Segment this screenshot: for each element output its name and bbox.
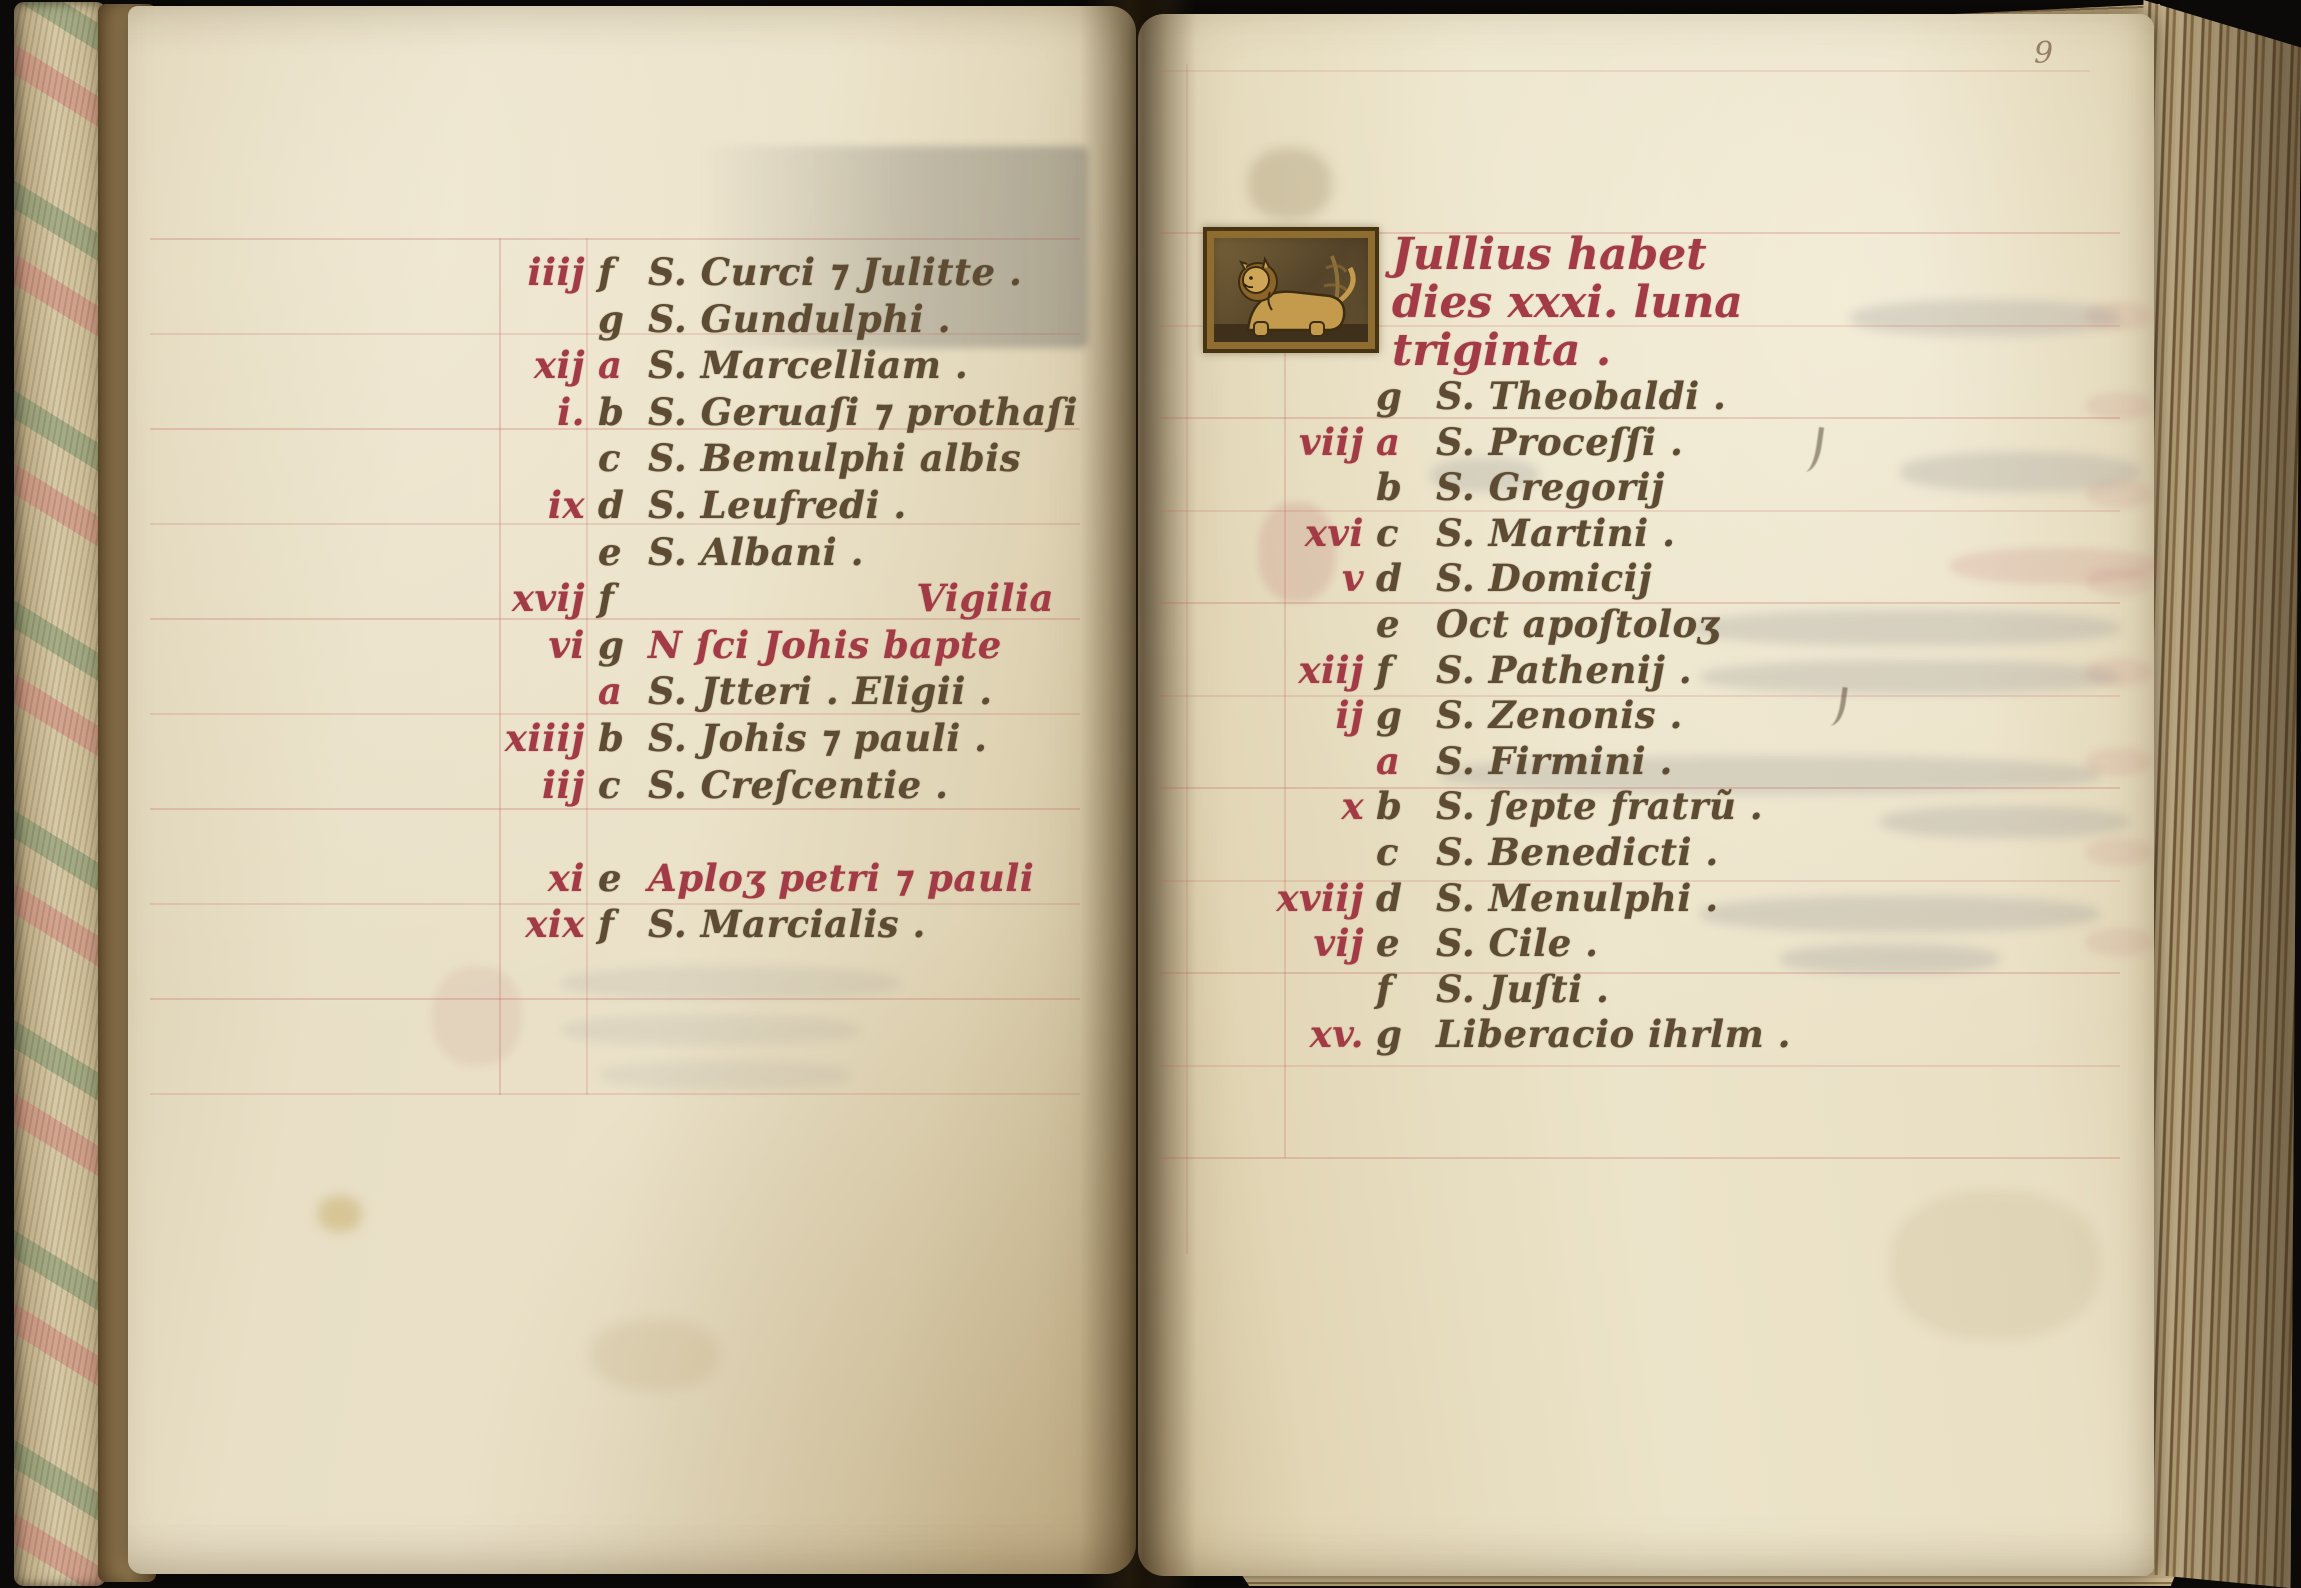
calendar-row: gS. Theobaldi . (1150, 374, 1930, 422)
calendar-row: xv.gLiberacio ihrlm . (1150, 1012, 1930, 1060)
golden-number: i. (420, 390, 585, 434)
golden-number: viij (1150, 420, 1364, 464)
golden-number: xij (420, 343, 585, 387)
golden-number: xvi (1150, 511, 1364, 555)
calendar-row: vijeS. Cile . (1150, 921, 1930, 969)
dominical-letter: e (1376, 602, 1432, 646)
feast-name: S. Menulphi . (1436, 876, 1719, 920)
feast-name: S. Theobaldi . (1436, 374, 1726, 418)
golden-number: xv. (1150, 1012, 1364, 1056)
feast-name: S. Gregorij (1436, 465, 1665, 509)
dominical-letter: a (1376, 739, 1432, 783)
dominical-letter: f (1376, 967, 1432, 1011)
calendar-row: gS. Gundulphi . (420, 297, 1080, 345)
feast-name: S. Albani . (648, 530, 864, 574)
feast-name: S. Marcialis . (648, 902, 926, 946)
golden-number: iij (420, 763, 585, 807)
calendar-row: xieAploʒ petri ⁊ pauli (420, 856, 1080, 904)
golden-number: v (1150, 556, 1364, 600)
calendar-row: vdS. Domicij (1150, 556, 1930, 604)
feast-name: S. Gundulphi . (648, 297, 951, 341)
calendar-row: xijaS. Marcelliam . (420, 343, 1080, 391)
dominical-letter: f (598, 576, 658, 620)
feast-name: S. Marcelliam . (648, 343, 968, 387)
leo-miniature (1203, 227, 1379, 353)
dominical-letter: d (1376, 876, 1432, 920)
dominical-letter: b (1376, 784, 1432, 828)
feast-name: S. Geruaſi ⁊ prothaſi (648, 390, 1078, 434)
dominical-letter: b (1376, 465, 1432, 509)
feast-name: S. ſepte fratrũ . (1436, 784, 1763, 828)
golden-number: xvij (420, 576, 585, 620)
dominical-letter: a (1376, 420, 1432, 464)
month-header-line: Jullius habet (1392, 232, 1707, 278)
calendar-row: eS. Albani . (420, 530, 1080, 578)
golden-number: vi (420, 623, 585, 667)
golden-number: xi (420, 856, 585, 900)
dominical-letter: g (1376, 374, 1432, 418)
feast-name: S. Martini . (1436, 511, 1675, 555)
calendar-row: xiiijbS. Johis ⁊ pauli . (420, 716, 1080, 764)
lion-icon (1214, 238, 1368, 342)
feast-name: S. Bemulphi albis (648, 436, 1021, 480)
calendar-row: aS. Jtteri . Eligii . (420, 669, 1080, 717)
feast-name: S. Pathenij . (1436, 648, 1692, 692)
calendar-row: xbS. ſepte fratrũ . (1150, 784, 1930, 832)
golden-number: iiij (420, 250, 585, 294)
dominical-letter: c (1376, 830, 1432, 874)
dominical-letter: c (1376, 511, 1432, 555)
calendar-row: cS. Bemulphi albis (420, 436, 1080, 484)
ruling-line (150, 238, 1080, 240)
calendar-row: vigN ſci Johis bapte (420, 623, 1080, 671)
calendar-row: i.bS. Geruaſi ⁊ prothaſi (420, 390, 1080, 438)
feast-name: S. Benedicti . (1436, 830, 1719, 874)
ruling-line (1160, 1157, 2120, 1159)
dominical-letter: e (1376, 921, 1432, 965)
feast-name: S. Domicij (1436, 556, 1652, 600)
ruling-line (150, 1093, 1080, 1095)
feast-name: Vigilia (916, 576, 1054, 620)
calendar-row: eOct apoſtoloʒ (1150, 602, 1930, 650)
dominical-letter: g (1376, 693, 1432, 737)
calendar-row: ixdS. Leufredi . (420, 483, 1080, 531)
feast-name: S. Zenonis . (1436, 693, 1683, 737)
calendar-row: xvicS. Martini . (1150, 511, 1930, 559)
feast-name: S. Curci ⁊ Julitte . (648, 250, 1022, 294)
folio-number: 9 (2034, 36, 2053, 71)
ruling-line (1160, 1065, 2120, 1067)
golden-number: xviij (1150, 876, 1364, 920)
dominical-letter: f (1376, 648, 1432, 692)
feast-name: S. Juſti . (1436, 967, 1609, 1011)
feast-name: Aploʒ petri ⁊ pauli (648, 856, 1034, 900)
golden-number: ix (420, 483, 585, 527)
golden-number: x (1150, 784, 1364, 828)
feast-name: S. Creſcentie . (648, 763, 948, 807)
feast-name: S. Leufredi . (648, 483, 907, 527)
ruling-line (1160, 70, 2090, 72)
feast-name: S. Jtteri . Eligii . (648, 669, 993, 713)
golden-number: xix (420, 902, 585, 946)
feast-name: Liberacio ihrlm . (1436, 1012, 1791, 1056)
calendar-row: aS. Firmini . (1150, 739, 1930, 787)
calendar-row: xviijdS. Menulphi . (1150, 876, 1930, 924)
dominical-letter: g (1376, 1012, 1432, 1056)
feast-name: S. Proceſſi . (1436, 420, 1683, 464)
feast-name: S. Cile . (1436, 921, 1599, 965)
ruling-line (150, 998, 1080, 1000)
feast-name: S. Johis ⁊ pauli . (648, 716, 988, 760)
feast-name: N ſci Johis bapte (648, 623, 1002, 667)
calendar-row: xvijfVigilia (420, 576, 1080, 624)
golden-number: vij (1150, 921, 1364, 965)
calendar-row: xixfS. Marcialis . (420, 902, 1080, 950)
calendar-row: cS. Benedicti . (1150, 830, 1930, 878)
feast-name: Oct apoſtoloʒ (1436, 602, 1719, 646)
calendar-row: bS. Gregorij (1150, 465, 1930, 513)
calendar-row (420, 809, 1080, 857)
month-header-line: triginta . (1392, 328, 1611, 374)
month-header-line: dies xxxi. luna (1392, 280, 1743, 326)
golden-number: ij (1150, 693, 1364, 737)
feast-name: S. Firmini . (1436, 739, 1673, 783)
golden-number: xiij (1150, 648, 1364, 692)
calendar-row: xiijfS. Pathenij . (1150, 648, 1930, 696)
embroidered-spine (14, 2, 106, 1586)
calendar-row: ijgS. Zenonis . (1150, 693, 1930, 741)
dominical-letter: d (1376, 556, 1432, 600)
calendar-row: iiijfS. Curci ⁊ Julitte . (420, 250, 1080, 298)
calendar-row: fS. Juſti . (1150, 967, 1930, 1015)
manuscript-opening-photo: iiijfS. Curci ⁊ Julitte .gS. Gundulphi .… (0, 0, 2301, 1588)
golden-number: xiiij (420, 716, 585, 760)
calendar-row: iijcS. Creſcentie . (420, 763, 1080, 811)
